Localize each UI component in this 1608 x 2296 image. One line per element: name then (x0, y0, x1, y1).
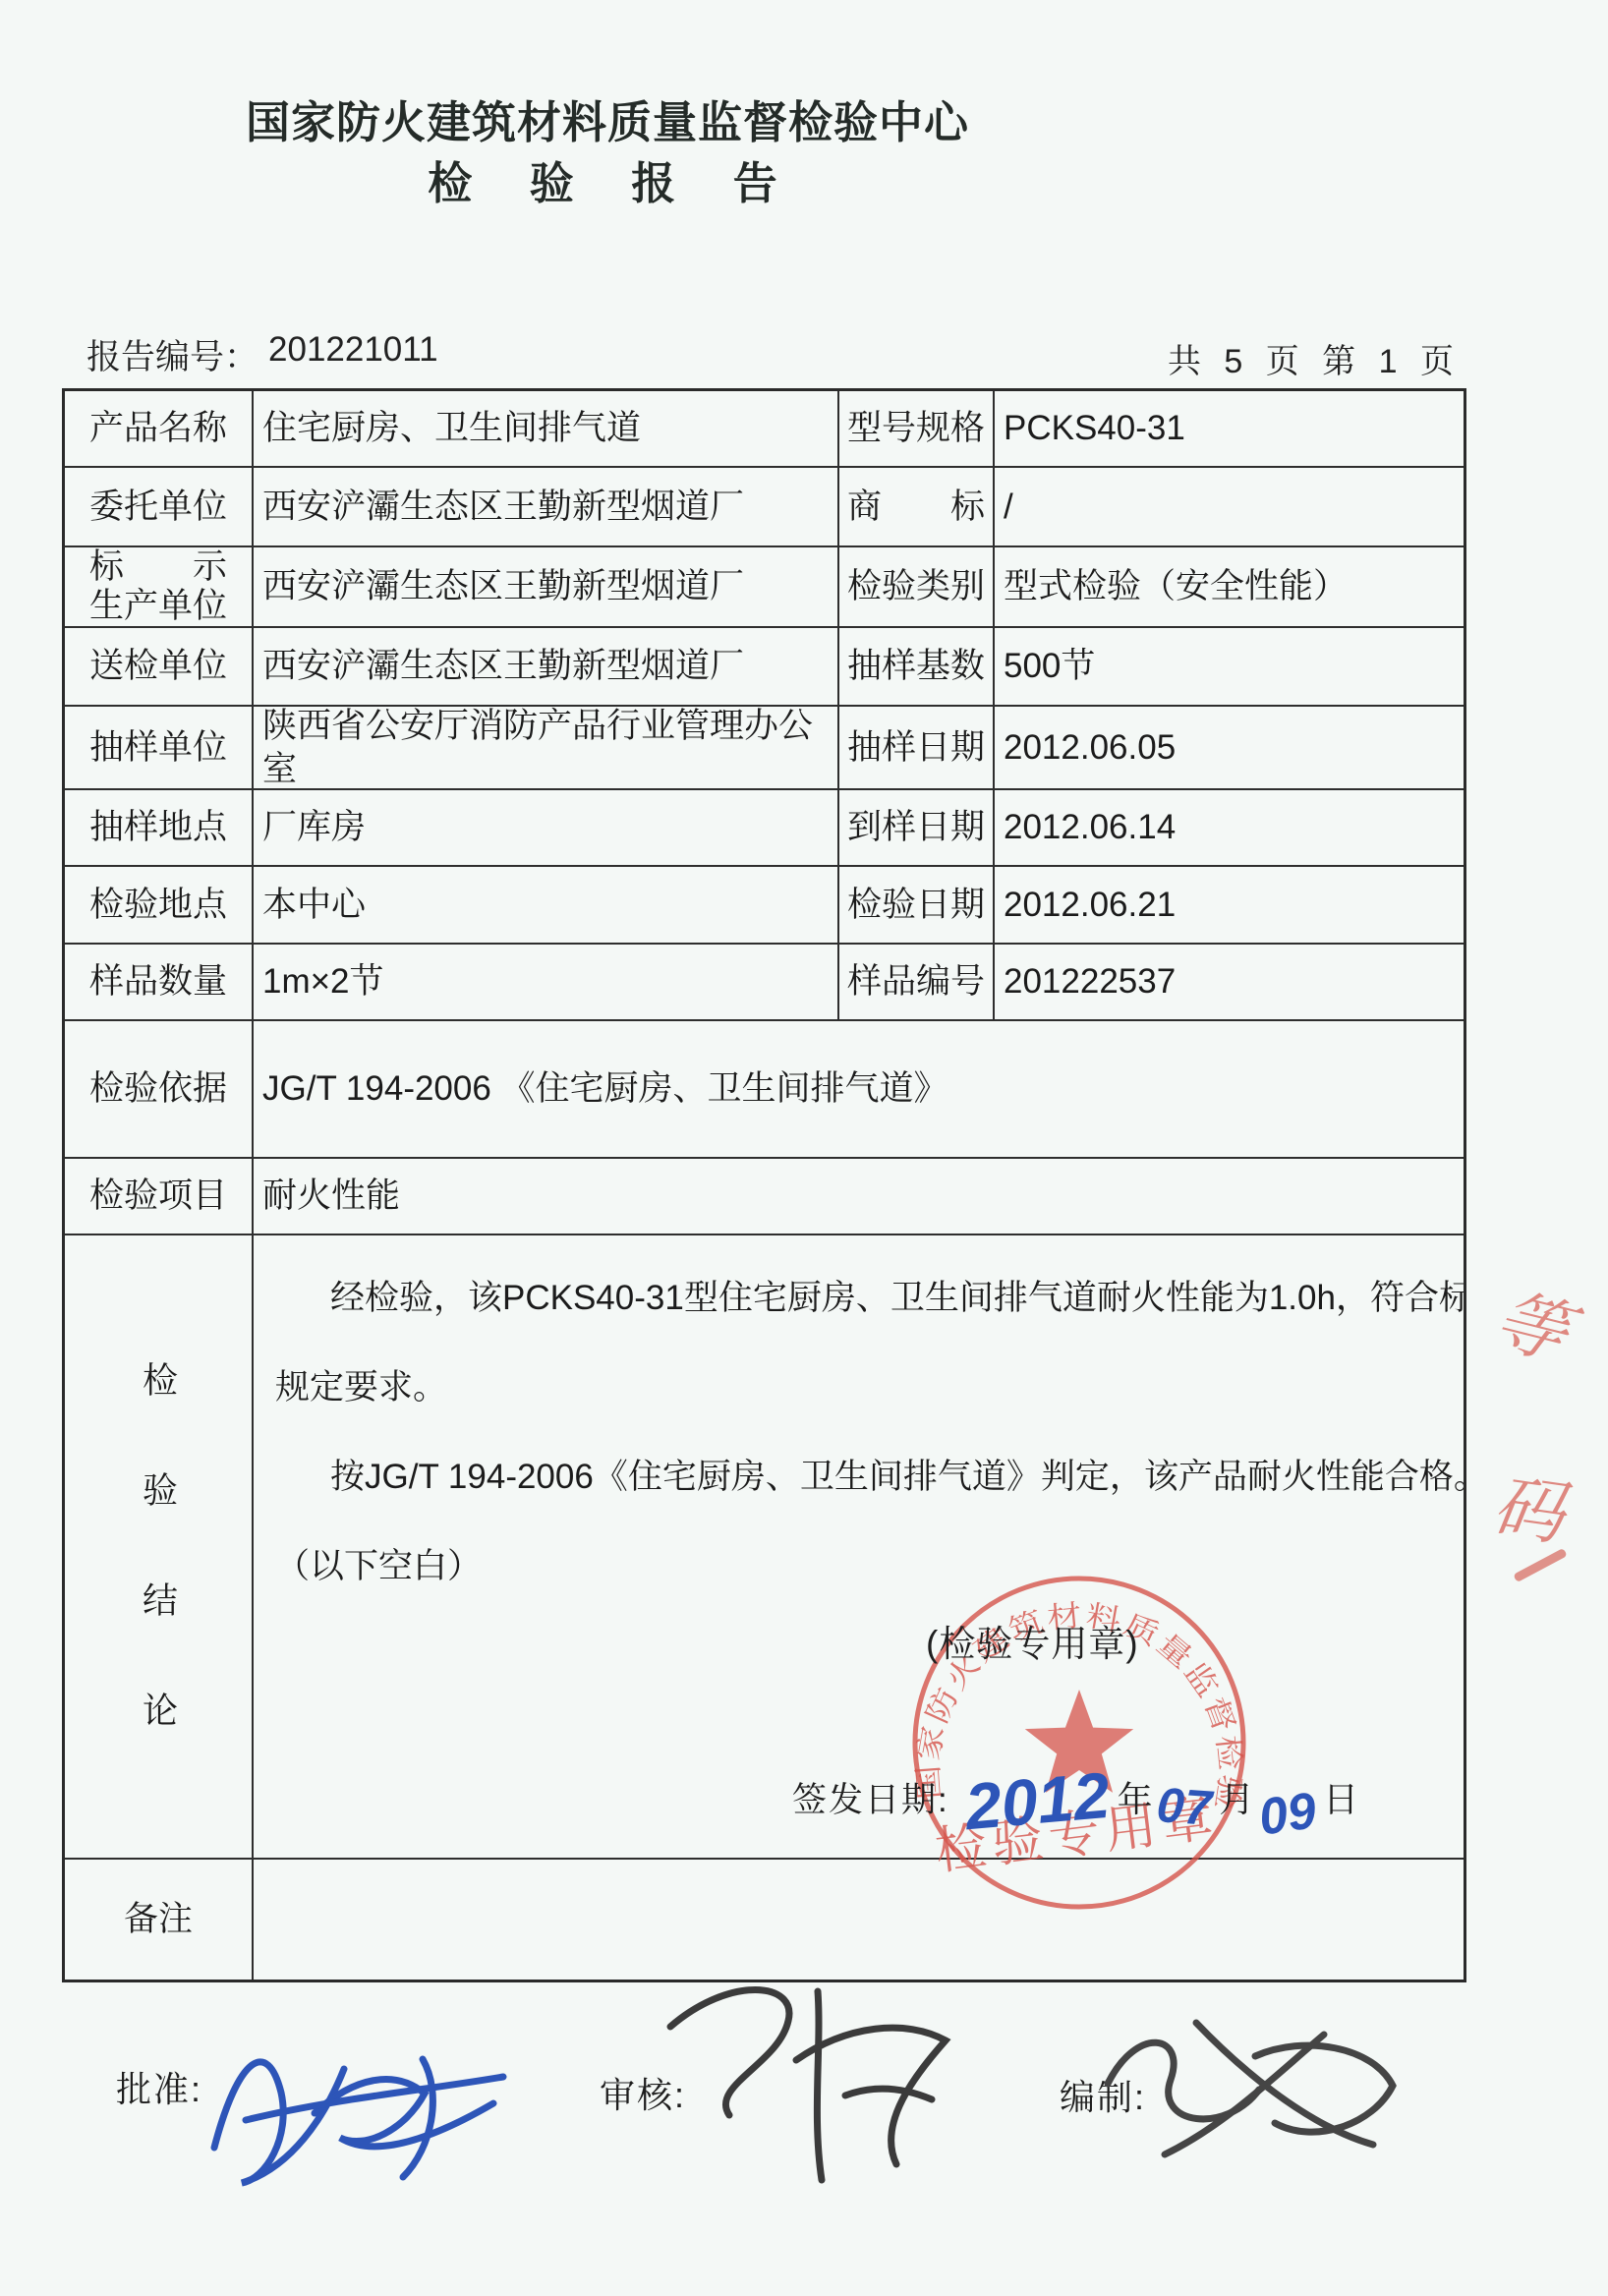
issue-month-handwritten: 07 (1155, 1781, 1213, 1832)
issue-date-label: 签发日期: (792, 1773, 949, 1830)
issue-day-handwritten: 09 (1256, 1787, 1319, 1842)
sample-quantity-value: 1m×2节 (254, 945, 839, 1021)
margin-stamp-fragment-2: 码 (1487, 1448, 1572, 1559)
arrival-date-label: 到样日期 (839, 790, 995, 867)
inspection-items-label: 检验项目 (65, 1159, 254, 1235)
trademark-label: 商 标 (839, 468, 995, 547)
conclusion-line-2: 规定要求。 (265, 1366, 1452, 1456)
inspection-basis-value: JG/T 194-2006 《住宅厨房、卫生间排气道》 (254, 1021, 1464, 1159)
remarks-label: 备注 (65, 1860, 254, 1980)
sample-number-value: 201222537 (995, 945, 1464, 1021)
sampling-unit-label: 抽样单位 (65, 707, 254, 790)
trademark-value: / (995, 468, 1464, 547)
sample-base-value: 500节 (995, 628, 1464, 707)
review-label: 审核: (600, 2068, 686, 2118)
report-number-label: 报告编号： (86, 330, 258, 379)
sampling-unit-value: 陕西省公安厅消防产品行业管理办公室 (254, 707, 839, 790)
product-name-label: 产品名称 (65, 391, 254, 468)
report-number-line: 报告编号： 201221011 (86, 330, 438, 379)
remarks-value (254, 1860, 1464, 1980)
model-spec-value: PCKS40-31 (995, 391, 1464, 468)
conclusion-line-4: （以下空白） (265, 1545, 1452, 1635)
sampling-place-label: 抽样地点 (65, 790, 254, 867)
seal-printed-label: (检验专用章) (926, 1614, 1139, 1667)
client-unit-label: 委托单位 (65, 468, 254, 547)
margin-stamp-fragment-1: 等 (1478, 1265, 1589, 1377)
review-signature (649, 1966, 973, 2192)
issue-year-unit: 年 (1118, 1772, 1153, 1830)
report-info-table: 产品名称 住宅厨房、卫生间排气道 型号规格 PCKS40-31 委托单位 西安浐… (62, 388, 1466, 1982)
submitting-unit-label: 送检单位 (65, 628, 254, 707)
approve-label: 批准: (116, 2062, 202, 2112)
conclusion-line-3: 按JG/T 194-2006《住宅厨房、卫生间排气道》判定，该产品耐火性能合格。 (265, 1456, 1452, 1545)
sampling-date-value: 2012.06.05 (995, 707, 1464, 790)
inspection-category-value: 型式检验（安全性能） (995, 547, 1464, 628)
inspection-category-label: 检验类别 (839, 547, 995, 628)
inspection-items-value: 耐火性能 (254, 1159, 1464, 1235)
report-number-value: 201221011 (268, 330, 438, 379)
inspection-basis-label: 检验依据 (65, 1021, 254, 1159)
sampling-place-value: 厂库房 (254, 790, 839, 867)
inspection-date-value: 2012.06.21 (995, 867, 1464, 945)
issue-month-unit: 月 (1219, 1772, 1254, 1830)
model-spec-label: 型号规格 (839, 391, 995, 468)
conclusion-cell: 经检验，该PCKS40-31型住宅厨房、卫生间排气道耐火性能为1.0h，符合标准… (254, 1235, 1464, 1860)
document-title: 检 验 报 告 (0, 147, 1215, 211)
marked-production-unit-label-line2: 生产单位 (89, 587, 227, 626)
sample-quantity-label: 样品数量 (65, 945, 254, 1021)
sampling-date-label: 抽样日期 (839, 707, 995, 790)
inspection-date-label: 检验日期 (839, 867, 995, 945)
org-name-title: 国家防火建筑材料质量监督检验中心 (0, 86, 1215, 150)
conclusion-label: 检验结论 (65, 1235, 254, 1860)
issue-year-handwritten: 2012 (962, 1765, 1111, 1837)
marked-production-unit-value: 西安浐灞生态区王勤新型烟道厂 (254, 547, 839, 628)
client-unit-value: 西安浐灞生态区王勤新型烟道厂 (254, 468, 839, 547)
conclusion-line-1: 经检验，该PCKS40-31型住宅厨房、卫生间排气道耐火性能为1.0h，符合标准 (265, 1277, 1452, 1366)
scanned-inspection-report-page: 国家防火建筑材料质量监督检验中心 检 验 报 告 报告编号： 201221011… (0, 0, 1608, 2296)
issue-day-unit: 日 (1323, 1772, 1358, 1830)
approve-signature (197, 2000, 511, 2207)
issue-date-line: 签发日期: 2012 年 07 月 09 日 (792, 1771, 1358, 1830)
marked-production-unit-label: 标 示 生产单位 (65, 547, 254, 628)
sample-number-label: 样品编号 (839, 945, 995, 1021)
page-count: 共 5 页 第 1 页 (1101, 334, 1461, 382)
sample-base-label: 抽样基数 (839, 628, 995, 707)
prepare-label: 编制: (1060, 2070, 1146, 2120)
arrival-date-value: 2012.06.14 (995, 790, 1464, 867)
inspection-place-label: 检验地点 (65, 867, 254, 945)
product-name-value: 住宅厨房、卫生间排气道 (254, 391, 839, 468)
submitting-unit-value: 西安浐灞生态区王勤新型烟道厂 (254, 628, 839, 707)
marked-production-unit-label-line1: 标 示 (89, 547, 227, 587)
inspection-place-value: 本中心 (254, 867, 839, 945)
